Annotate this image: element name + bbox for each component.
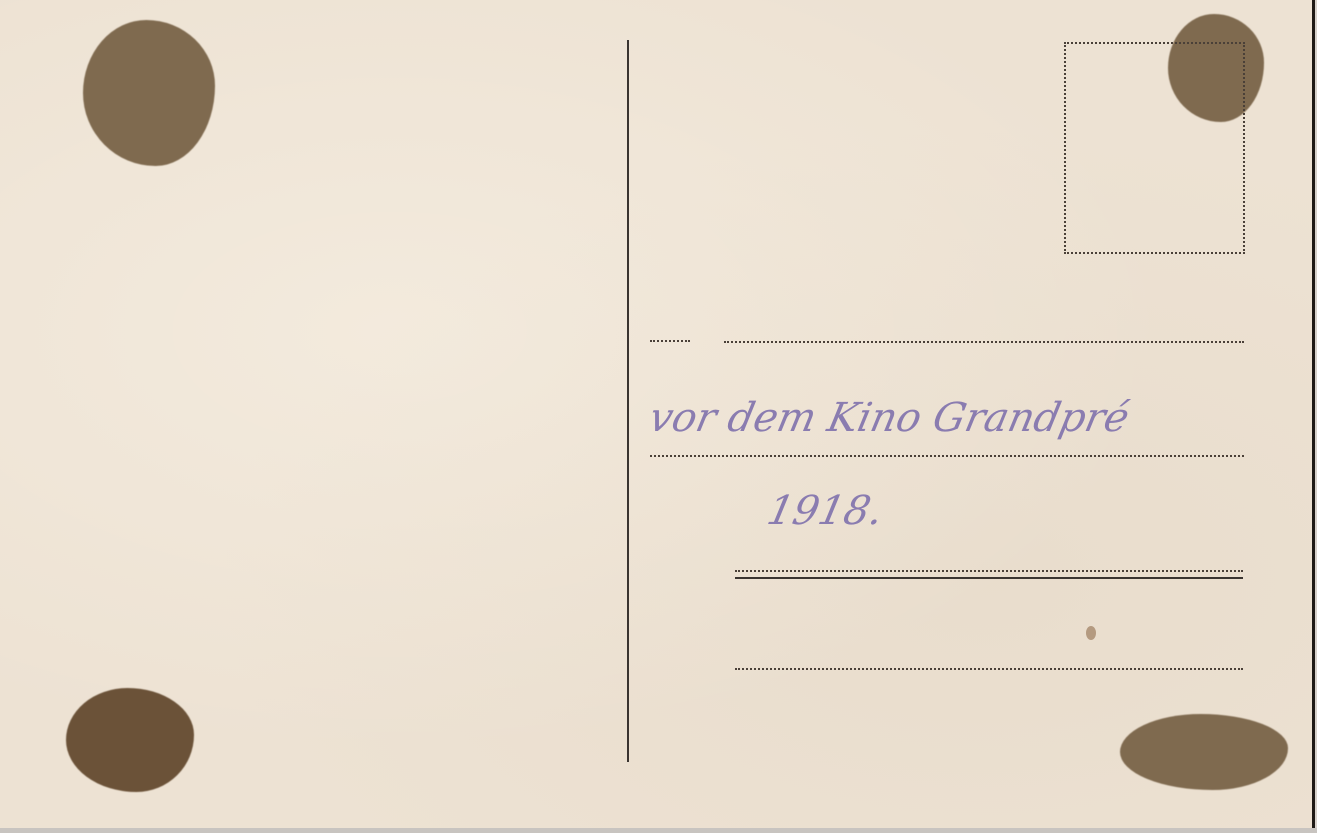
glue-stain-bottom-left — [66, 688, 194, 792]
scan-edge — [0, 828, 1317, 833]
stamp-placement-box — [1064, 42, 1245, 254]
postcard-back: vor dem Kino Grandpré 1918. — [0, 0, 1315, 828]
paper-spot — [1086, 626, 1096, 640]
center-divider-line — [627, 40, 629, 762]
address-line-1 — [724, 341, 1244, 343]
address-line-4 — [735, 668, 1243, 670]
address-line-2 — [650, 455, 1244, 457]
glue-stain-bottom-right — [1120, 714, 1288, 790]
handwritten-year: 1918. — [763, 488, 887, 534]
address-line-3-underline — [735, 577, 1243, 579]
glue-stain-top-left — [83, 20, 215, 166]
handwritten-location: vor dem Kino Grandpré — [645, 395, 1133, 441]
address-line-3 — [735, 570, 1243, 572]
address-line-1-short — [650, 340, 690, 342]
